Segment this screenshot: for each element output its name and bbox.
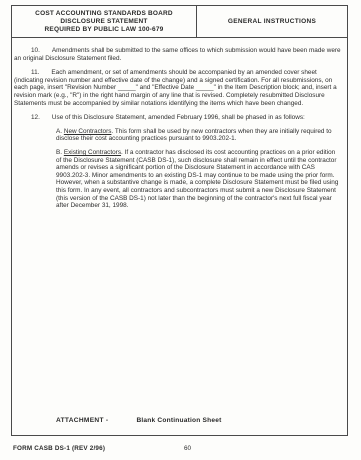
sub-item-b: B. Existing Contractors. If a contractor… [56,149,339,210]
header-title-line-2: DISCLOSURE STATEMENT [60,18,147,26]
attachment-row: ATTACHMENT -Blank Continuation Sheet [56,417,221,424]
page-footer: FORM CASB DS-1 (REV 2/96) 60 [0,443,361,457]
header-title-block: COST ACCOUNTING STANDARDS BOARD DISCLOSU… [12,6,197,37]
instruction-item-12: 12.Use of this Disclosure Statement, ame… [14,114,343,122]
form-number: FORM CASB DS-1 (REV 2/96) [13,445,105,452]
sub-item-a-title: New Contractors [64,128,112,135]
instruction-item-11: 11.Each amendment, or set of amendments … [14,69,343,107]
sub-item-b-title: Existing Contractors [64,149,121,156]
item-11-text: Each amendment, or set of amendments sho… [14,69,337,106]
sub-item-b-letter: B. [56,149,62,156]
header-title-line-3: REQUIRED BY PUBLIC LAW 100-679 [45,26,164,34]
general-instructions-title: GENERAL INSTRUCTIONS [228,18,316,25]
attachment-label: ATTACHMENT - [56,417,108,424]
sub-item-a-letter: A. [56,128,62,135]
form-header: COST ACCOUNTING STANDARDS BOARD DISCLOSU… [12,6,347,38]
page-number: 60 [184,445,191,452]
instruction-item-10: 10.Amendments shall be submitted to the … [14,47,343,62]
header-title-line-1: COST ACCOUNTING STANDARDS BOARD [35,10,173,18]
item-10-number: 10. [31,47,40,54]
sub-item-b-text: . If a contractor has disclosed its cost… [56,149,338,209]
attachment-value: Blank Continuation Sheet [136,417,221,424]
general-instructions-cell: GENERAL INSTRUCTIONS [197,6,347,37]
sub-item-a: A. New Contractors. This form shall be u… [56,128,339,143]
item-12-text: Use of this Disclosure Statement, amende… [52,114,305,121]
item-12-number: 12. [31,114,40,121]
document-page: COST ACCOUNTING STANDARDS BOARD DISCLOSU… [11,5,348,436]
item-11-number: 11. [31,69,39,76]
item-10-text: Amendments shall be submitted to the sam… [14,47,341,62]
instructions-body: 10.Amendments shall be submitted to the … [12,38,347,210]
